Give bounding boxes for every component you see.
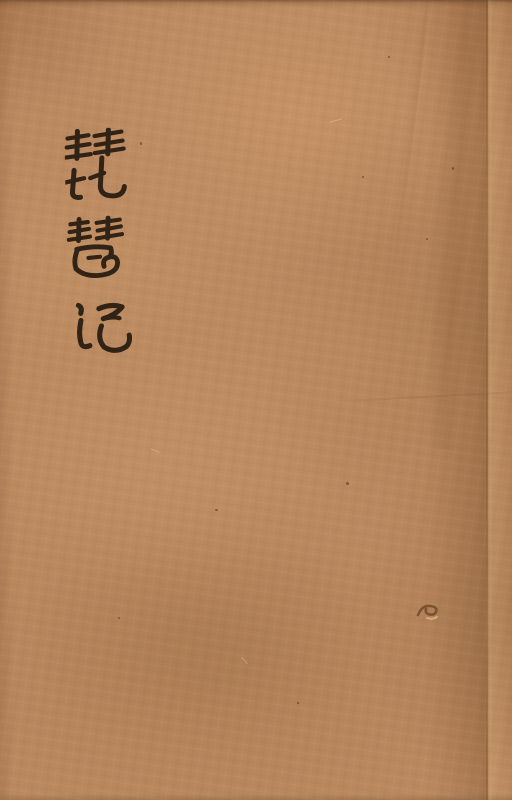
calligraphy-pa-icon <box>66 215 129 284</box>
paper-speck <box>426 238 428 240</box>
paper-speck <box>388 56 390 58</box>
paper-speck <box>215 509 218 511</box>
right-fold-crease <box>486 0 488 800</box>
paper-speck <box>297 702 299 704</box>
book-cover-photo: 琵 <box>0 0 512 800</box>
paper-curl-mark <box>414 598 446 624</box>
paper-speck <box>346 482 349 485</box>
calligraphy-ji-icon <box>65 299 134 357</box>
calligraphy-pi-icon <box>64 127 130 204</box>
paper-speck <box>452 167 454 170</box>
paper-speck <box>118 617 120 619</box>
title-char-pa: 琶 <box>66 215 129 284</box>
book-title: 琵 <box>58 128 134 356</box>
paper-speck <box>140 142 142 145</box>
paper-speck <box>362 176 364 178</box>
title-char-pi: 琵 <box>64 127 130 204</box>
title-char-ji: 记 <box>65 299 134 357</box>
